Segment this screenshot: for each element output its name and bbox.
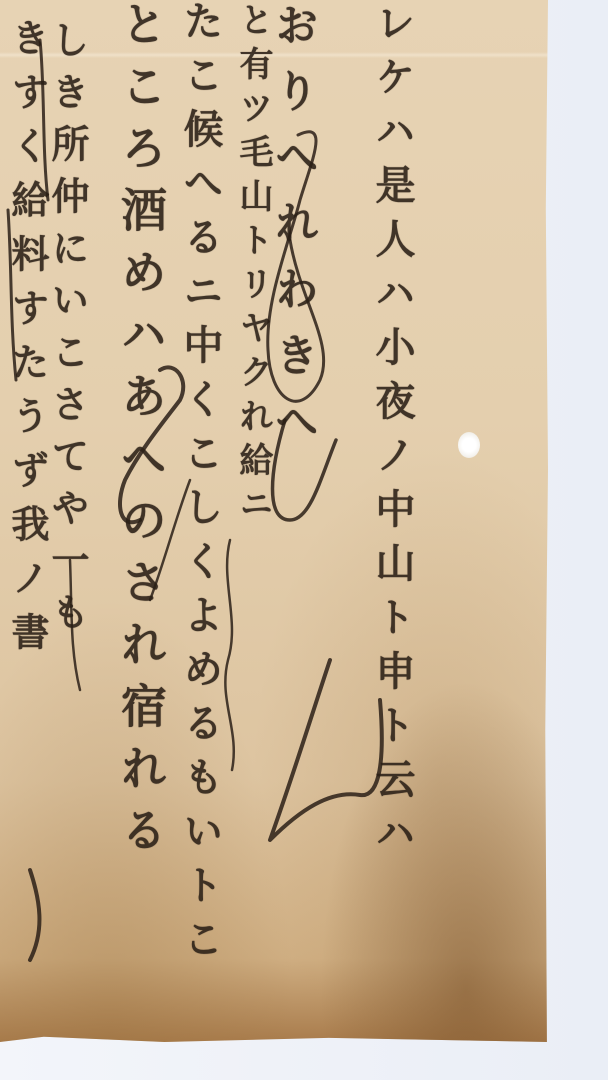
- text-column-4: たこ候へるニ中くこしくよめるもいトこ: [180, 0, 220, 972]
- manuscript-text: レケハ是人ハ小夜ノ中山ト申ト云ハ おりへれわきへ と有ツ毛山トリヤクれ給ニ たこ…: [0, 0, 548, 1042]
- text-column-1: レケハ是人ハ小夜ノ中山ト申ト云ハ: [372, 2, 412, 866]
- photo-backdrop: レケハ是人ハ小夜ノ中山ト申ト云ハ おりへれわきへ と有ツ毛山トリヤクれ給ニ たこ…: [0, 0, 608, 1080]
- text-column-6: しき所仲にいこさてや一も: [48, 20, 86, 644]
- text-column-3: と有ツ毛山トリヤクれ給ニ: [236, 2, 270, 530]
- text-column-2: おりへれわきへ: [270, 2, 314, 464]
- text-column-7: きすく給料すたうず我ノ書: [8, 18, 46, 666]
- text-column-5: ところ酒めハあへのされ宿れる: [118, 0, 164, 868]
